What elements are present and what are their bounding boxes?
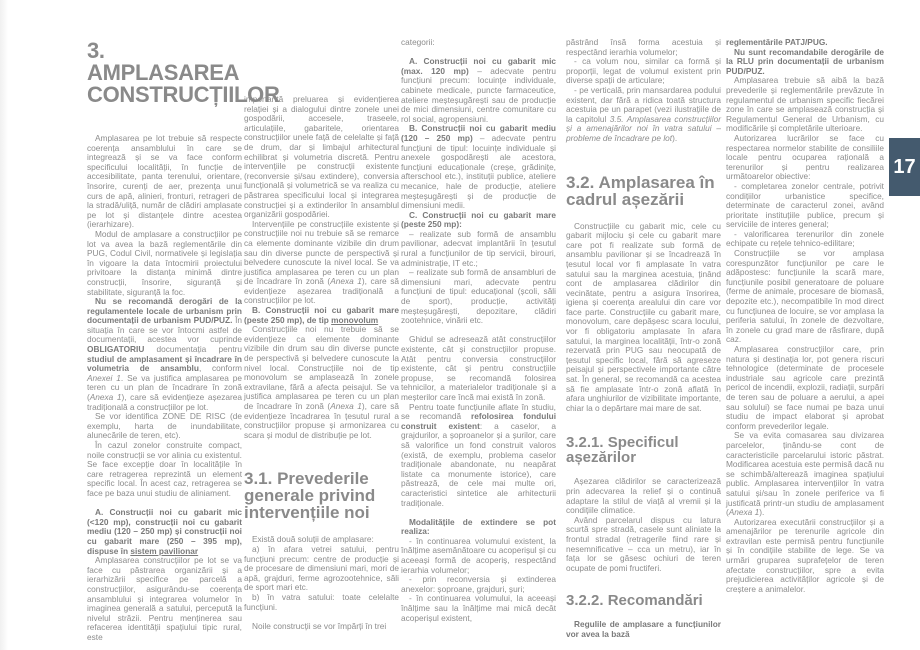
list-item: - valorificarea terenurilor din zonele e…	[726, 230, 884, 249]
paragraph: Nu se recomandă derogări de la regulamen…	[87, 297, 242, 412]
column-4: păstrând însă forma acestuia și respectâ…	[566, 38, 721, 640]
list-item: - ca volum nou, similar ca formă și prop…	[566, 57, 721, 86]
italic-text: Anexa 1	[729, 507, 759, 517]
text: ).	[672, 133, 677, 143]
section-heading-b: B. Construcții noi cu gabarit mare (pest…	[244, 306, 399, 325]
bold-text: Regulile de amplasare a funcțiunilor vor…	[566, 619, 721, 639]
section-heading-a: A. Construcții noi cu gabarit mic (<120 …	[87, 508, 242, 556]
paragraph: Amplasarea pe lot trebuie să respecte co…	[87, 134, 242, 230]
page-number-badge: 17	[889, 138, 920, 196]
paragraph: Ghidul se adresează atât construcțiilor …	[401, 335, 556, 402]
column-2: importantă preluarea și evidențierea rel…	[244, 95, 399, 631]
category-b: B. Construcții noi cu gabarit mediu (120…	[401, 124, 556, 210]
chapter-title: 3. AMPLASAREA CONSTRUCȚIILOR	[87, 40, 242, 106]
paragraph: Nu sunt recomandabile derogările de la R…	[726, 48, 884, 77]
section-title-3-2-2: 3.2.2. Recomandări	[566, 593, 721, 608]
list-item: – realizate sub formă de ansamblu pavili…	[401, 230, 556, 268]
paragraph: Pentru toate funcțiunile aflate în studi…	[401, 403, 556, 509]
category-a: A. Construcții noi cu gabarit mic (max. …	[401, 57, 556, 124]
section-title-3-2: 3.2. Amplasarea în cadrul așezării	[566, 174, 721, 208]
paragraph: Autorizarea executării construcțiilor și…	[726, 518, 884, 595]
italic-text: Anexa 1	[90, 392, 122, 402]
text: , conform	[199, 363, 242, 373]
paragraph: categorii:	[401, 38, 556, 48]
category-c: C. Construcții noi cu gabarit mare (pest…	[401, 211, 556, 230]
paragraph: Amplasarea construcțiilor care, prin nat…	[726, 345, 884, 431]
underlined-text: sistem pavilionar	[130, 546, 198, 556]
text: Se va evita comasarea sau divizarea parc…	[726, 430, 884, 517]
paragraph: Construcțiile se vor amplasa corespunzăt…	[726, 249, 884, 345]
list-item: – realizate sub formă de ansambluri de d…	[401, 268, 556, 326]
paragraph: Modul de amplasare a construcțiilor pe l…	[87, 230, 242, 297]
bold-text: reglementările PATJ/PUG.	[726, 37, 828, 47]
bold-text: Nu se recomandă derogări de la regulamen…	[87, 296, 242, 325]
paragraph: importantă preluarea și evidențierea rel…	[244, 95, 399, 220]
paragraph: Regulile de amplasare a funcțiunilor vor…	[566, 620, 721, 639]
section-title-3-2-1: 3.2.1. Specificul așezărilor	[566, 435, 721, 465]
page-fold-shadow	[0, 0, 8, 650]
bold-text: OBLIGATORIU	[87, 344, 144, 354]
text: – adecvate pentru funcțiuni precum: locu…	[401, 66, 556, 124]
bold-text: Nu sunt recomandabile derogările de la R…	[726, 47, 884, 76]
paragraph: Având parcelarul dispus cu latura scurtă…	[566, 516, 721, 574]
paragraph: Amplasarea trebuie să aibă la bază preve…	[726, 76, 884, 134]
paragraph: b) în vatra satului: toate celelalte fun…	[244, 593, 399, 612]
text: Construcțiile noi nu trebuie să se evide…	[244, 324, 399, 411]
list-item: - prin reconversia și extinderea anexelo…	[401, 575, 556, 594]
italic-text: Anexa 1	[330, 401, 362, 411]
text: : a caselor, a grajdurilor, a șoproanelo…	[401, 421, 556, 508]
paragraph: Intervențiile pe construcțiile existente…	[244, 220, 399, 306]
extension-heading: Modalitățile de extindere se pot realiza…	[401, 518, 556, 537]
paragraph: Amplasarea construcțiilor pe lot se va f…	[87, 556, 242, 642]
paragraph: În cazul zonelor construite compact, noi…	[87, 441, 242, 499]
list-item: - pe verticală, prin mansardarea podului…	[566, 86, 721, 144]
italic-text: Anexa 1	[330, 276, 362, 286]
column-3: categorii: A. Construcții noi cu gabarit…	[401, 38, 556, 623]
underlined-text: monovolum	[331, 315, 378, 325]
paragraph: Se vor identifica ZONE DE RISC (de exemp…	[87, 412, 242, 441]
paragraph: Noile construcții se vor împărți în trei	[244, 622, 399, 632]
paragraph: Se va evita comasarea sau divizarea parc…	[726, 431, 884, 517]
text: – adecvate pentru funcțiuni de tipul: lo…	[401, 133, 556, 210]
column-5: reglementările PATJ/PUG. Nu sunt recoman…	[726, 38, 884, 594]
paragraph: Construcțiile noi nu trebuie să se evide…	[244, 325, 399, 440]
bold-text: C. Construcții noi cu gabarit mare (pest…	[401, 210, 556, 230]
paragraph: Construcțiile cu gabarit mic, cele cu ga…	[566, 222, 721, 414]
section-title-3-1: 3.1. Prevederile generale privind interv…	[244, 470, 399, 521]
italic-text: Anexei 1	[87, 373, 121, 383]
list-item: - completarea zonelor centrale, potrivit…	[726, 182, 884, 230]
bold-text: Modalitățile de extindere se pot realiza…	[401, 517, 556, 537]
list-item: - în continuarea volumului, la aceeași î…	[401, 594, 556, 623]
text: ).	[759, 507, 764, 517]
text: documentația pentru	[144, 344, 242, 354]
paragraph: păstrând însă forma acestuia și respectâ…	[566, 38, 721, 57]
paragraph: Autorizarea lucrărilor se face cu respec…	[726, 134, 884, 182]
list-item: - în continuarea volumului existent, la …	[401, 537, 556, 575]
paragraph: a) în afara vetrei satului, pentru funcț…	[244, 545, 399, 593]
paragraph: Așezarea clădirilor se caracterizează pr…	[566, 477, 721, 515]
column-1: 3. AMPLASAREA CONSTRUCȚIILOR Amplasarea …	[87, 36, 242, 642]
